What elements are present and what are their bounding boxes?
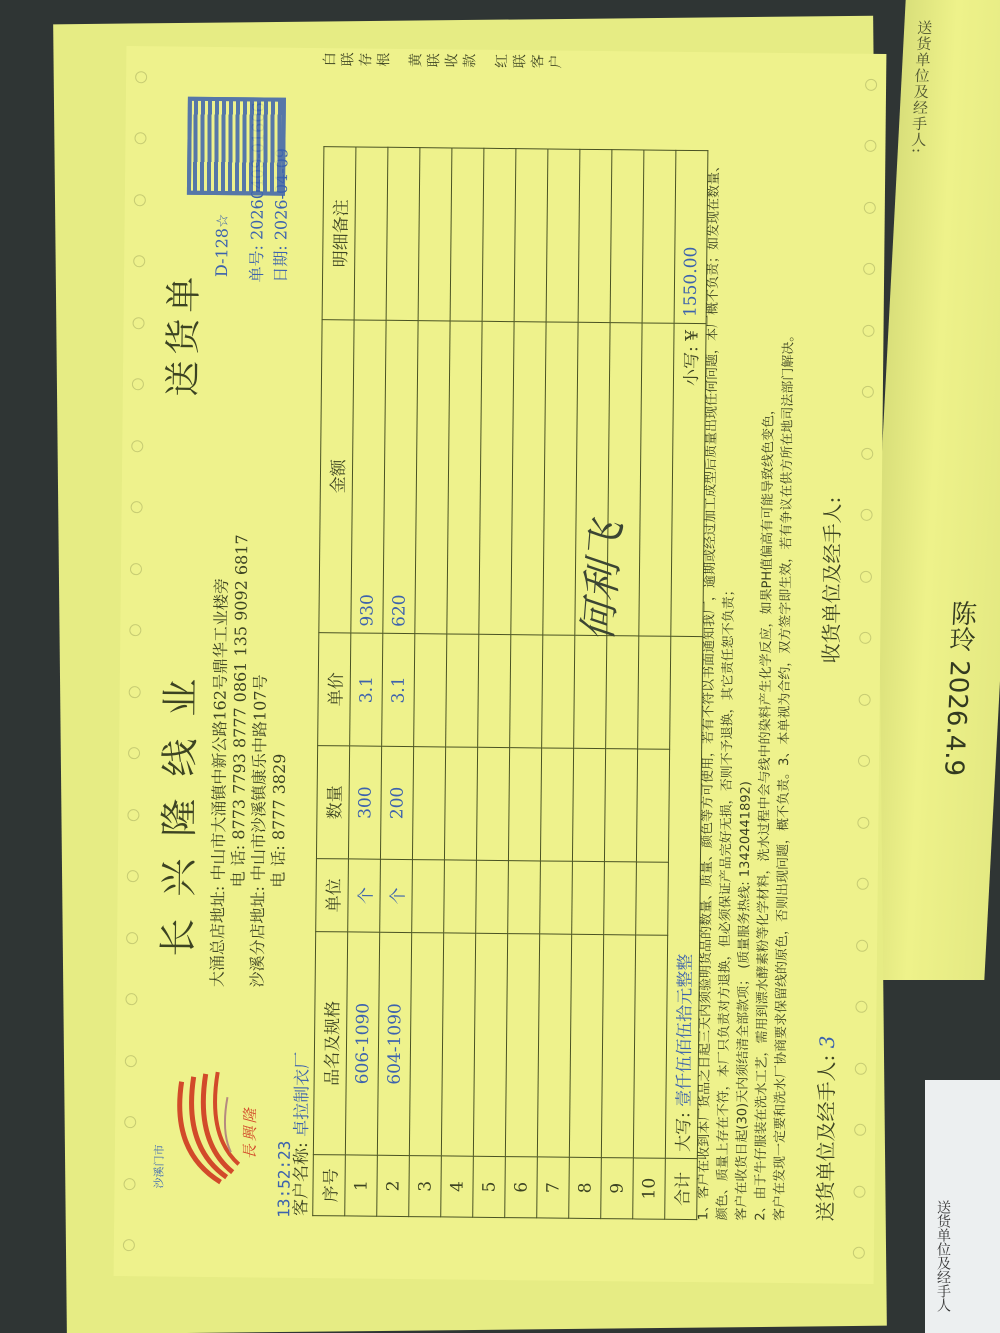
company-name: 长兴隆线业 <box>147 656 205 957</box>
row-no: 9 <box>601 1158 634 1219</box>
form-code: D-128☆ <box>212 214 232 278</box>
items-table: 序号 品名及规格 单位 数量 单价 金额 明细备注 1 606-1090 个 3… <box>312 146 708 1220</box>
row-no: 4 <box>441 1156 474 1217</box>
company-logo: 沙溪门市 長興隆 <box>150 1056 281 1197</box>
col-header-qty: 数量 <box>316 746 349 859</box>
document-type: 送货单 <box>155 270 207 397</box>
receiver-signature: 何利飞 <box>566 519 632 643</box>
row-no: 3 <box>409 1156 442 1217</box>
row-no: 1 <box>345 1155 378 1216</box>
stack-sender-label: 送货单位及经手人: <box>908 20 936 154</box>
upper-label: 大写: <box>674 1112 694 1152</box>
copy-yellow: 黄联收款 <box>407 53 479 68</box>
row-price: 3.1 <box>350 633 383 746</box>
sender-signature-area: 送货单位及经手人: 3 <box>809 1035 840 1221</box>
background-white-sheet: 送货单位及经手人 <box>925 1080 1000 1333</box>
row-qty: 200 <box>380 746 413 859</box>
white-sheet-text: 送货单位及经手人 <box>933 1200 953 1312</box>
row-unit: 个 <box>348 859 381 932</box>
row-no: 2 <box>377 1155 410 1216</box>
col-header-name: 品名及规格 <box>313 932 347 1155</box>
row-no: 10 <box>633 1158 666 1219</box>
customer-label: 客户名称: <box>291 1142 312 1216</box>
sender-label: 送货单位及经手人: <box>813 1055 839 1222</box>
row-no: 6 <box>505 1157 538 1218</box>
row-no: 7 <box>537 1157 570 1218</box>
qr-code-icon <box>187 97 286 196</box>
customer-name: 卓拉制衣厂 <box>292 1052 313 1137</box>
total-label: 合计 <box>665 1158 698 1219</box>
row-amount: 620 <box>383 320 418 633</box>
row-note <box>354 147 388 320</box>
customer-row: 客户名称: 卓拉制衣厂 <box>286 1052 313 1216</box>
row-amount: 930 <box>351 320 386 633</box>
branch-store-phone: 电 话: 8777 3829 <box>266 753 290 887</box>
receiver-label: 收货单位及经手人: <box>819 497 845 664</box>
sender-mark: 3 <box>815 1035 839 1048</box>
upper-amount: 壹仟伍佰伍拾元整整 <box>674 954 696 1107</box>
terms-text: 1、客户在收到本厂货品之日起三天内须验明货品的数量、质量、颜色等方可使用，若有不… <box>694 150 800 1221</box>
col-header-amount: 金额 <box>319 320 354 633</box>
col-header-unit: 单位 <box>316 859 349 932</box>
row-no: 5 <box>473 1156 506 1217</box>
row-name: 604-1090 <box>377 932 411 1155</box>
copy-red: 红联客户 <box>493 54 565 69</box>
phoenix-logo-icon <box>160 1061 251 1192</box>
row-price: 3.1 <box>382 633 415 746</box>
delivery-note: 沙溪门市 長興隆 13:52:23 长兴隆线业 送货单 大涌总店地址: 中山市大… <box>114 46 887 1284</box>
col-header-price: 单价 <box>318 633 351 746</box>
col-header-note: 明细备注 <box>322 147 356 320</box>
brand-name: 長興隆 <box>239 1105 261 1159</box>
copy-white: 白联存根 <box>321 52 393 67</box>
lower-amount: 1550.00 <box>674 150 708 323</box>
col-header-no: 序号 <box>313 1155 346 1216</box>
row-note <box>386 147 420 320</box>
row-name: 606-1090 <box>345 932 379 1155</box>
stack-handwriting: 陈玲 2026.4.9 <box>935 600 981 776</box>
header: 沙溪门市 長興隆 13:52:23 长兴隆线业 送货单 大涌总店地址: 中山市大… <box>144 86 306 1218</box>
row-qty: 300 <box>348 746 381 859</box>
copy-labels: 白联存根 黄联收款 红联客户 <box>321 52 579 69</box>
row-no: 8 <box>569 1157 602 1218</box>
receiver-signature-area: 收货单位及经手人: <box>815 497 846 664</box>
row-unit: 个 <box>380 859 413 932</box>
